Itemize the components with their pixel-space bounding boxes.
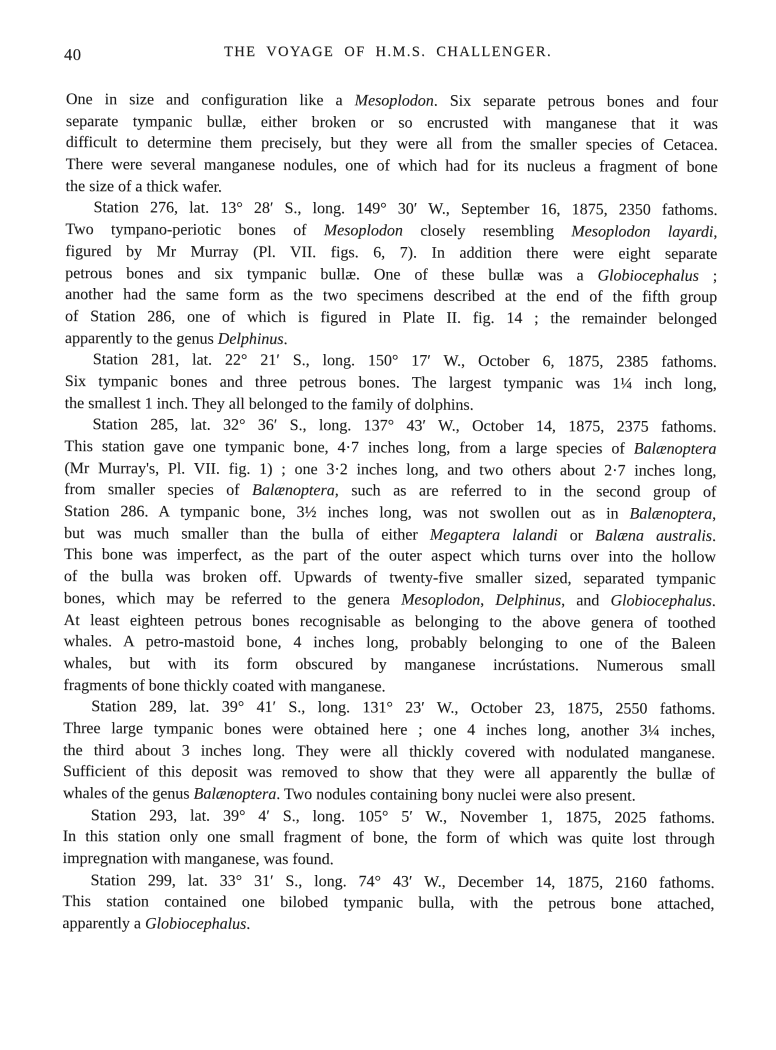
text-line: At least eighteen petrous bones recognis… [64,609,716,634]
text-line: of the bulla was broken off. Upwards of … [64,566,716,591]
text-line: the smallest 1 inch. They all belonged t… [65,393,717,418]
text-line: This station contained one bilobed tympa… [62,891,714,916]
text-line: but was much smaller than the bulla of e… [64,523,716,548]
text-line: the size of a thick wafer. [66,176,718,201]
text-line: petrous bones and six tympanic bullæ. On… [65,262,717,287]
text-line: Sufficient of this deposit was removed t… [63,761,715,786]
text-line: Station 281, lat. 22° 21′ S., long. 150°… [65,349,717,374]
text-line: This station gave one tympanic bone, 4·7… [64,436,716,461]
text-line: bones, which may be referred to the gene… [64,588,716,613]
text-line: apparently to the genus Delphinus. [65,328,717,353]
text-line: difficult to determine them precisely, b… [66,132,718,157]
text-line: separate tympanic bullæ, either broken o… [66,111,718,136]
text-line: another had the same form as the two spe… [65,284,717,309]
text-line: In this station only one small fragment … [63,826,715,851]
page-number: 40 [64,45,82,65]
text-line: whales. A petro-mastoid bone, 4 inches l… [64,631,716,656]
text-line: Two tympano-periotic bones of Mesoplodon… [65,219,717,244]
text-line: from smaller species of Balænoptera, suc… [64,479,716,504]
text-line: impregnation with manganese, was found. [63,848,715,873]
text-line: Six tympanic bones and three petrous bon… [65,371,717,396]
book-page: 40 THE VOYAGE OF H.M.S. CHALLENGER. One … [0,0,776,1050]
running-header: THE VOYAGE OF H.M.S. CHALLENGER. [0,44,776,61]
text-line: the third about 3 inches long. They were… [63,740,715,765]
text-line: Station 289, lat. 39° 41′ S., long. 131°… [63,696,715,721]
text-line: (Mr Murray's, Pl. VII. fig. 1) ; one 3·2… [64,458,716,483]
text-line: Station 299, lat. 33° 31′ S., long. 74° … [62,870,714,895]
body-text: One in size and configuration like a Mes… [62,89,718,938]
text-line: whales of the genus Balænoptera. Two nod… [63,783,715,808]
text-line: apparently a Globiocephalus. [62,913,714,938]
text-line: Three large tympanic bones were obtained… [63,718,715,743]
text-line: One in size and configuration like a Mes… [66,89,718,114]
text-line: figured by Mr Murray (Pl. VII. figs. 6, … [65,241,717,266]
text-line: Station 285, lat. 32° 36′ S., long. 137°… [64,414,716,439]
text-line: There were several manganese nodules, on… [66,154,718,179]
text-line: Station 286. A tympanic bone, 3½ inches … [64,501,716,526]
page-header-row: 40 THE VOYAGE OF H.M.S. CHALLENGER. [0,44,776,66]
text-line: fragments of bone thickly coated with ma… [63,675,715,700]
text-line: This bone was imperfect, as the part of … [64,544,716,569]
text-line: whales, but with its form obscured by ma… [63,653,715,678]
text-line: of Station 286, one of which is figured … [65,306,717,331]
text-line: Station 276, lat. 13° 28′ S., long. 149°… [65,197,717,222]
text-line: Station 293, lat. 39° 4′ S., long. 105° … [63,805,715,830]
